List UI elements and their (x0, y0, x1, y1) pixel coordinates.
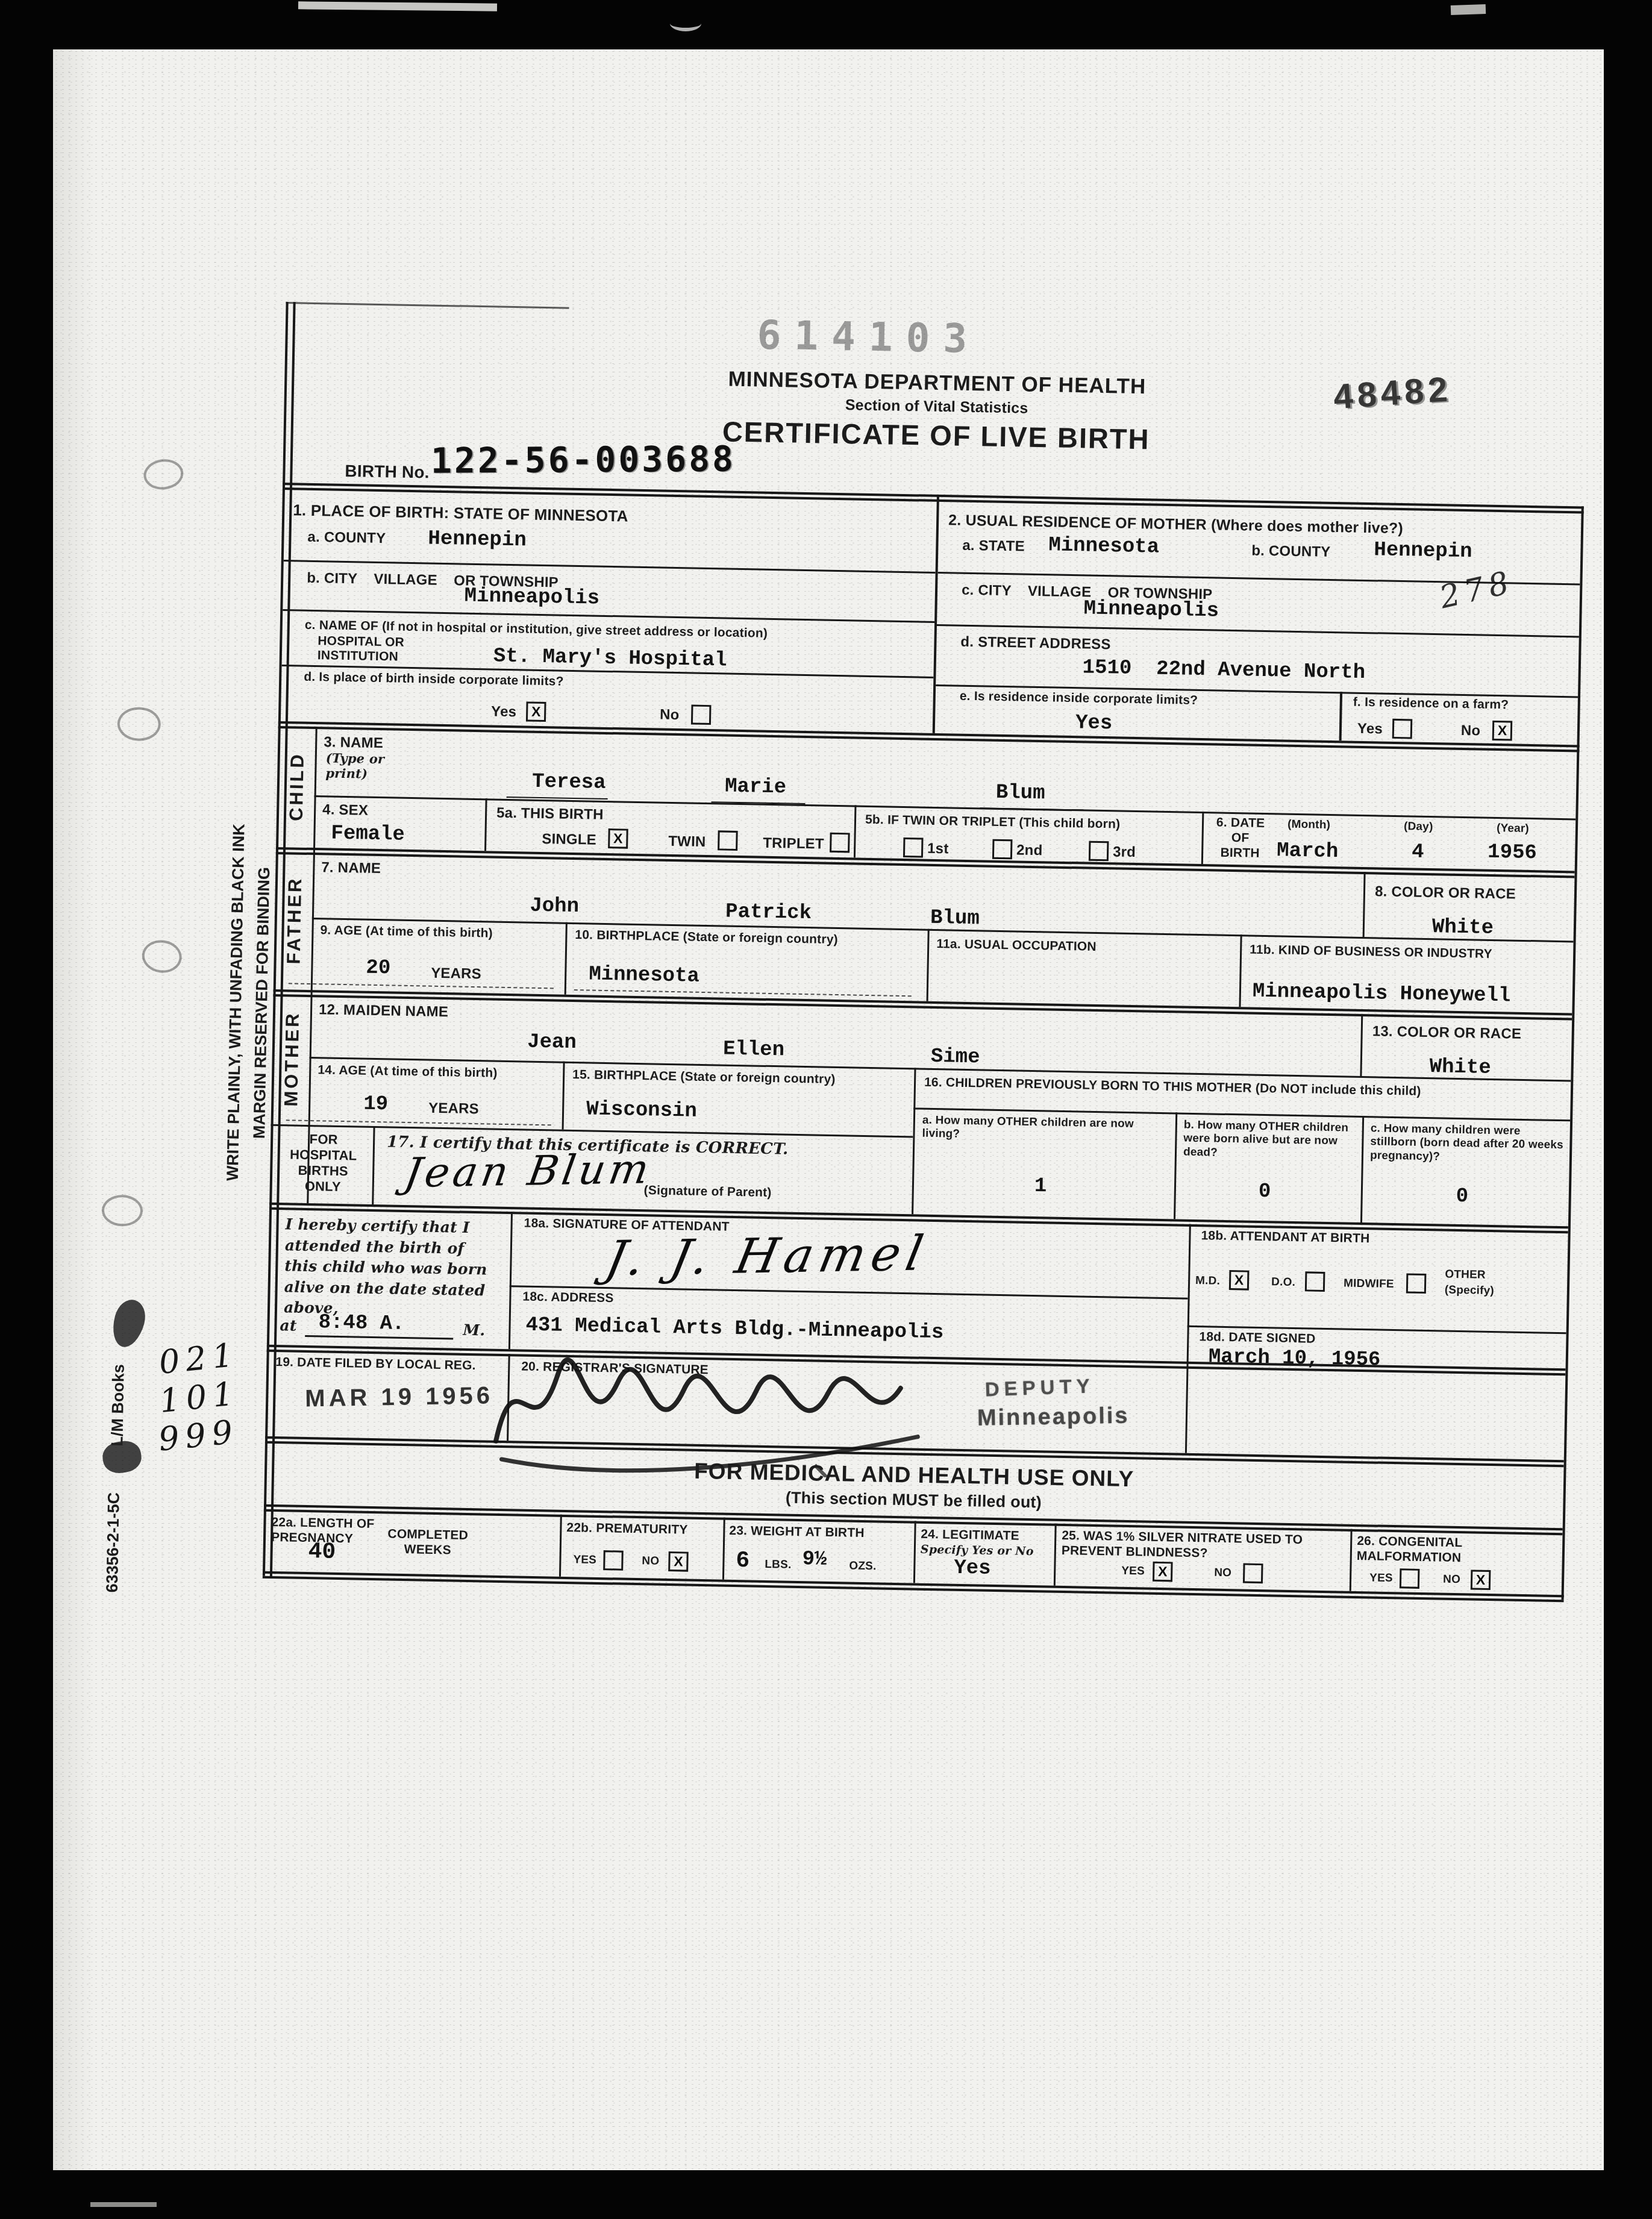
parent-signature: Jean Blum (401, 1145, 656, 1197)
field-5a-triplet-label: TRIPLET (763, 835, 824, 853)
field-5b-label: 5b. IF TWIN OR TRIPLET (This child born) (865, 813, 1203, 834)
field-5b-1st-label: 1st (927, 840, 949, 858)
field-16c-label: c. How many children were stillborn (bor… (1370, 1122, 1565, 1166)
field-18c-label: 18c. ADDRESS (522, 1290, 613, 1307)
field-16a-value: 1 (1034, 1175, 1047, 1198)
field-9-value: 20 (366, 957, 391, 980)
field-18b-label: 18b. ATTENDANT AT BIRTH (1201, 1228, 1369, 1247)
checkbox-triplet (830, 833, 850, 853)
field-16c-value: 0 (1456, 1185, 1468, 1208)
field-18b-other-sublabel: (Specify) (1445, 1284, 1494, 1298)
child-middle-name: Marie (725, 775, 787, 800)
field-6-label: 6. DATE OF BIRTH (1207, 815, 1274, 861)
checkbox-2nd (992, 839, 1013, 860)
field-2b-label: b. COUNTY (1251, 543, 1331, 562)
field-8-label: 8. COLOR OR RACE (1375, 883, 1516, 903)
checkbox-md: X (1229, 1270, 1250, 1291)
field-5a-label: 5a. THIS BIRTH (496, 805, 604, 824)
field-4-label: 4. SEX (322, 801, 368, 819)
punch-hole (101, 1195, 143, 1227)
checkbox-2f-yes (1392, 719, 1413, 739)
field-25-yes-label: YES (1121, 1565, 1145, 1579)
parent-signature-caption: (Signature of Parent) (643, 1183, 771, 1201)
field-11b-value: Minneapolis Honeywell (1253, 980, 1511, 1008)
scan-streak (1451, 4, 1486, 15)
handwritten-codes: 021 101 999 (157, 1335, 249, 1458)
field-23-label: 23. WEIGHT AT BIRTH (729, 1524, 910, 1542)
field-18b-md-label: M.D. (1195, 1274, 1220, 1288)
birth-no-label: BIRTH No. (345, 461, 430, 483)
field-2d-label: d. STREET ADDRESS (960, 634, 1111, 654)
checkbox-1st (903, 837, 924, 858)
field-1c-label2: HOSPITAL OR (318, 634, 404, 650)
field-1c-value: St. Mary's Hospital (493, 645, 727, 672)
field-2e-label: e. Is residence inside corporate limits? (960, 689, 1213, 709)
band-mother: MOTHER (280, 1011, 304, 1107)
field-14-label: 14. AGE (At time of this birth) (318, 1063, 558, 1082)
book-number-stamp: 48482 (1332, 369, 1453, 417)
field-5a-twin-label: TWIN (668, 833, 706, 851)
field-11a-label: 11a. USUAL OCCUPATION (936, 937, 1097, 955)
scan-streak (90, 2202, 157, 2207)
checkbox-midwife (1406, 1273, 1427, 1294)
field-15-label: 15. BIRTHPLACE (State or foreign country… (572, 1068, 910, 1089)
checkbox-26-no: X (1471, 1570, 1491, 1590)
checkbox-twin (718, 830, 738, 851)
father-first-name: John (530, 895, 579, 918)
field-14-value: 19 (363, 1093, 389, 1116)
field-23-ozs-label: OZS. (849, 1560, 877, 1574)
checkbox-25-no (1243, 1563, 1263, 1584)
field-6-month-header: (Month) (1287, 818, 1330, 833)
minneapolis-stamp: Minneapolis (977, 1403, 1130, 1432)
mother-first-name: Jean (527, 1031, 577, 1054)
handwritten-scribble: 278 (1436, 564, 1517, 616)
field-13-value: White (1429, 1056, 1491, 1080)
field-2a-label: a. STATE (962, 537, 1025, 556)
field-1d-yes-label: Yes (491, 703, 516, 721)
field-14-years-label: YEARS (428, 1100, 479, 1118)
field-22b-no-label: NO (642, 1554, 659, 1568)
checkbox-single: X (608, 828, 628, 849)
field-6-day-header: (Day) (1404, 820, 1433, 834)
field-22b-yes-label: YES (573, 1553, 596, 1567)
birth-no-stamp: 122-56-003688 (431, 439, 736, 481)
checkbox-3rd (1089, 841, 1109, 862)
punch-hole (140, 938, 184, 975)
field-1-heading: 1. PLACE OF BIRTH: STATE OF MINNESOTA (293, 501, 628, 525)
field-6-label-line2: OF (1207, 830, 1273, 847)
field-12-label: 12. MAIDEN NAME (319, 1001, 449, 1021)
field-26-label: 26. CONGENITAL MALFORMATION (1357, 1534, 1556, 1568)
field-1a-label: a. COUNTY (307, 529, 386, 548)
child-first-name: Teresa (532, 771, 606, 795)
child-last-name: Blum (996, 781, 1045, 805)
attendant-certify-text: I hereby certify that I attended the bir… (284, 1214, 500, 1322)
field-18d-label: 18d. DATE SIGNED (1199, 1330, 1315, 1347)
checkbox-22b-yes (603, 1550, 624, 1571)
band-father: FATHER (283, 876, 307, 964)
field-18b-do-label: D.O. (1271, 1275, 1295, 1289)
field-24-sublabel: Specify Yes or No (921, 1543, 1034, 1559)
checkbox-22b-no: X (668, 1551, 689, 1572)
field-2f-no-label: No (1461, 722, 1481, 740)
checkbox-1d-no (691, 705, 712, 725)
field-3-label: 3. NAME (324, 734, 383, 752)
birth-day-value: 4 (1412, 840, 1424, 863)
field-18b-midwife-label: MIDWIFE (1344, 1277, 1394, 1292)
scan-streak (298, 1, 497, 11)
field-25-no-label: NO (1214, 1566, 1231, 1580)
field-2f-label: f. Is residence on a farm? (1353, 695, 1570, 714)
checkbox-25-yes: X (1153, 1562, 1173, 1582)
time-value: 8:48 A. (318, 1311, 405, 1336)
field-22a-value: 40 (308, 1539, 336, 1565)
field-1c-label3: INSTITUTION (318, 648, 398, 665)
time-at-label: at (280, 1316, 297, 1335)
field-18d-value: March 10, 1956 (1208, 1345, 1380, 1371)
hospital-births-only-label: FOR HOSPITAL BIRTHS ONLY (283, 1131, 365, 1195)
field-7-label: 7. NAME (321, 859, 381, 877)
field-22b-label: 22b. PREMATURITY (566, 1521, 717, 1538)
field-2-heading: 2. USUAL RESIDENCE OF MOTHER (Where does… (948, 512, 1403, 537)
field-3-sublabel: (Type or print) (325, 751, 404, 782)
field-2e-value: Yes (1075, 712, 1113, 735)
father-middle-name: Patrick (725, 901, 812, 925)
deputy-stamp: DEPUTY (984, 1374, 1095, 1401)
field-2d-value: 1510 22nd Avenue North (1082, 656, 1365, 684)
field-24-value: Yes (954, 1557, 991, 1580)
mother-last-name: Sime (931, 1045, 980, 1069)
checkbox-26-yes (1400, 1568, 1420, 1589)
field-16b-label: b. How many OTHER children were born ali… (1183, 1119, 1354, 1162)
field-5b-2nd-label: 2nd (1016, 842, 1043, 859)
field-18b-other-label: OTHER (1445, 1268, 1486, 1283)
field-13-label: 13. COLOR OR RACE (1372, 1023, 1521, 1043)
field-1d-label: d. Is place of birth inside corporate li… (304, 670, 593, 690)
field-22a-sublabel: COMPLETED WEEKS (380, 1527, 477, 1558)
field-15-value: Wisconsin (586, 1098, 697, 1122)
field-9-years-label: YEARS (431, 965, 481, 983)
field-26-yes-label: YES (1369, 1571, 1393, 1585)
faint-serial-stamp: 614103 (757, 311, 981, 362)
union-label-stamp (108, 1296, 149, 1350)
field-25-label: 25. WAS 1% SILVER NITRATE USED TO PREVEN… (1062, 1529, 1345, 1563)
field-23-lbs-value: 6 (736, 1548, 750, 1574)
field-4-value: Female (331, 822, 405, 847)
checkbox-1d-yes: X (526, 702, 546, 722)
field-23-lbs-label: LBS. (765, 1558, 791, 1572)
field-8-value: White (1432, 916, 1494, 940)
scanned-birth-certificate: { "header": { "faint_stamp": "614103", "… (0, 0, 1652, 2219)
punch-hole (142, 457, 186, 492)
scan-streak (670, 16, 701, 31)
punch-hole (117, 707, 161, 741)
checkbox-do (1305, 1271, 1325, 1292)
birth-month-value: March (1277, 839, 1339, 863)
registrar-signature-scribble (459, 1308, 992, 1480)
field-10-value: Minnesota (589, 963, 699, 987)
field-26-no-label: NO (1443, 1573, 1460, 1587)
certificate-content: WRITE PLAINLY, WITH UNFADING BLACK INK M… (31, 35, 1620, 2184)
certificate-paper: WRITE PLAINLY, WITH UNFADING BLACK INK M… (53, 49, 1604, 2170)
attendant-signature: J. J. Hamel (601, 1225, 934, 1286)
mother-middle-name: Ellen (723, 1038, 785, 1062)
field-10-label: 10. BIRTHPLACE (State or foreign country… (575, 928, 912, 949)
code-line: 999 (157, 1412, 249, 1459)
birth-year-value: 1956 (1488, 841, 1537, 865)
field-5b-3rd-label: 3rd (1113, 843, 1136, 861)
field-1b-value: Minneapolis (464, 585, 599, 610)
field-6-label-line1: 6. DATE (1207, 815, 1274, 831)
checkbox-2f-no: X (1492, 721, 1513, 741)
field-2c-value: Minneapolis (1083, 597, 1219, 622)
printer-bug-stamp (101, 1439, 143, 1476)
field-23-ozs-value: 9½ (802, 1548, 827, 1571)
field-24-label: 24. LEGITIMATE (921, 1527, 1019, 1544)
field-5a-single-label: SINGLE (542, 831, 596, 849)
field-1d-no-label: No (660, 707, 680, 724)
field-2a-value: Minnesota (1048, 534, 1159, 559)
printer-books-text: L/M Books (108, 1364, 128, 1447)
field-9-label: 9. AGE (At time of this birth) (320, 923, 561, 942)
form-number-text: 63356-2-1-5C (103, 1492, 124, 1593)
field-2f-yes-label: Yes (1357, 721, 1383, 738)
field-11b-label: 11b. KIND OF BUSINESS OR INDUSTRY (1250, 943, 1569, 963)
field-1a-value: Hennepin (428, 527, 527, 552)
field-19-label: 19. DATE FILED BY LOCAL REG. (275, 1355, 476, 1374)
field-6-label-line3: BIRTH (1207, 845, 1273, 862)
father-last-name: Blum (930, 907, 980, 930)
field-6-year-header: (Year) (1497, 822, 1529, 836)
field-16a-label: a. How many OTHER children are now livin… (922, 1114, 1163, 1145)
band-child: CHILD (286, 752, 308, 821)
field-16b-value: 0 (1259, 1180, 1271, 1203)
field-2b-value: Hennepin (1374, 539, 1472, 563)
